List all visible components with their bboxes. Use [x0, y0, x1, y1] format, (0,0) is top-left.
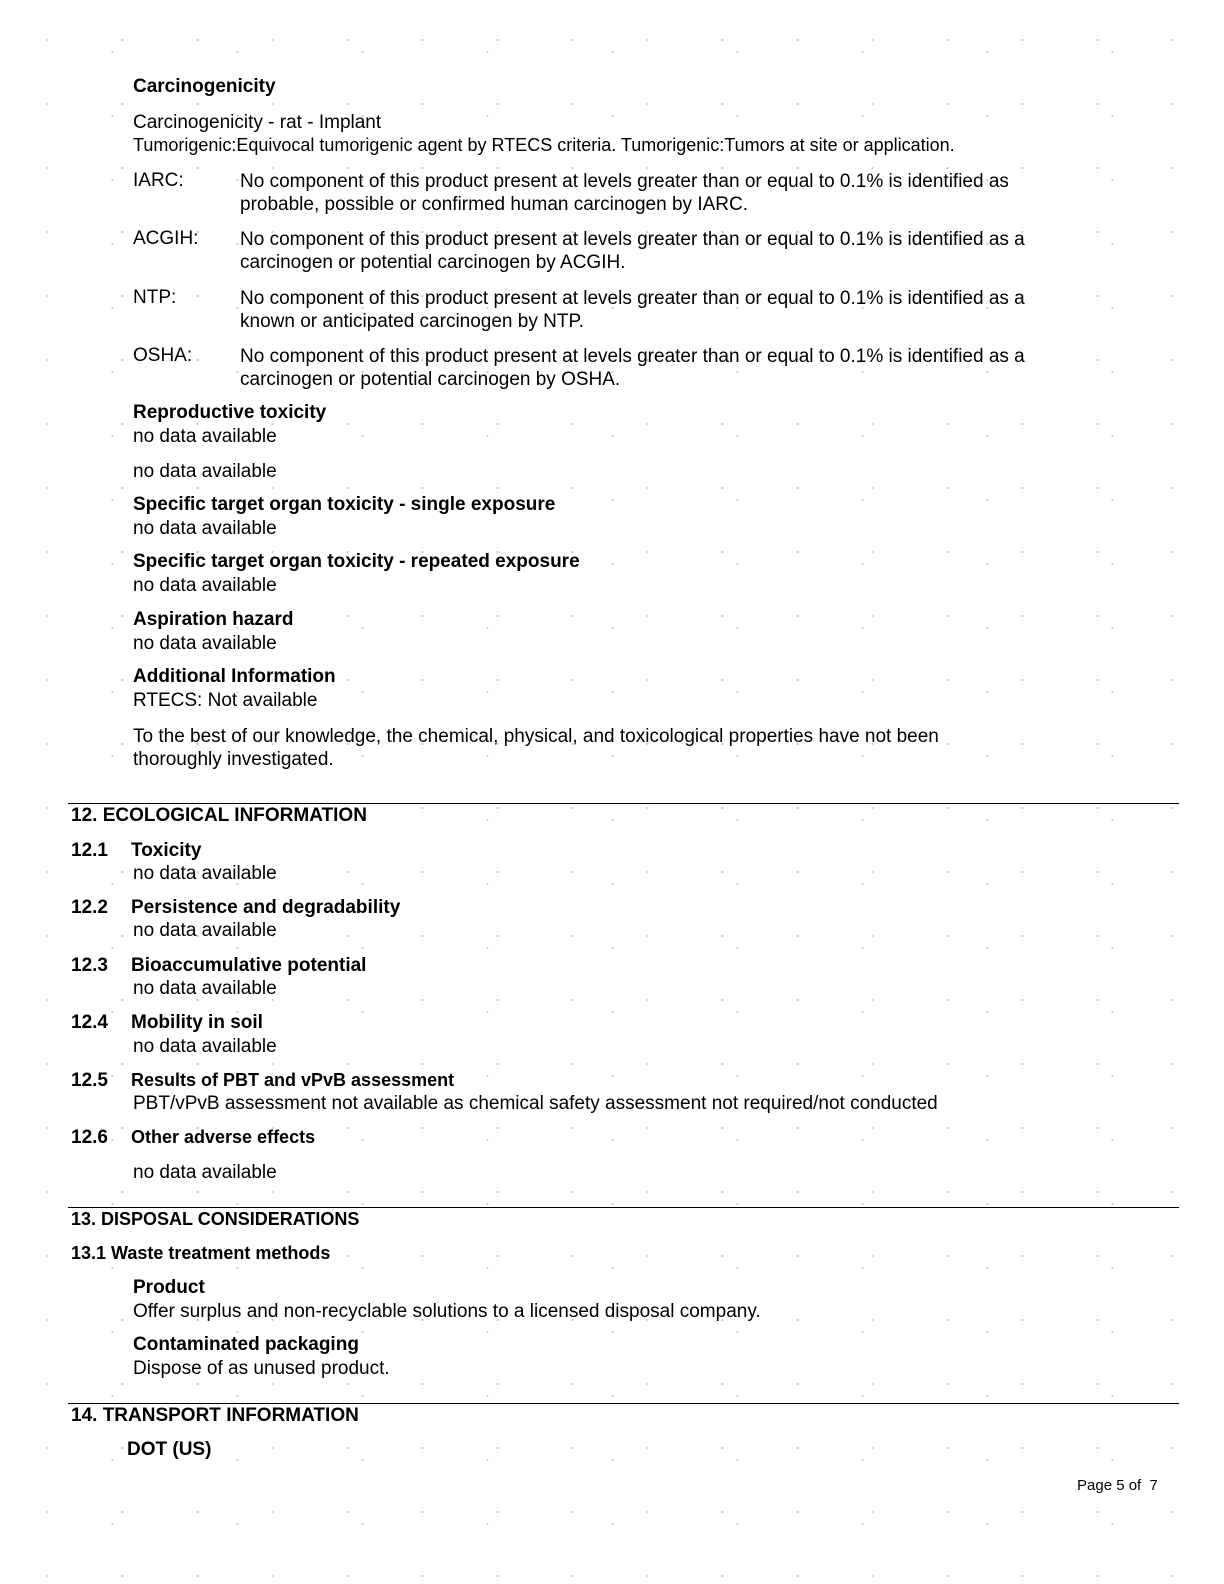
section-14-title: 14. TRANSPORT INFORMATION [71, 1405, 359, 1427]
section-12-3-text: no data available [133, 978, 277, 1000]
section-12-1-text: no data available [133, 863, 277, 885]
page-number: Page 5 of 7 [1077, 1477, 1158, 1494]
iarc-label: IARC: [133, 170, 184, 192]
acgih-label: ACGIH: [133, 228, 198, 250]
section-14-divider [68, 1403, 1179, 1404]
section-12-2-text: no data available [133, 920, 277, 942]
osha-label: OSHA: [133, 345, 192, 367]
section-12-4-number: 12.4 [71, 1012, 108, 1034]
section-12-divider [68, 803, 1179, 804]
section-13-1-subtitle: 13.1 Waste treatment methods [71, 1243, 330, 1264]
section-12-3-number: 12.3 [71, 955, 108, 977]
reproductive-toxicity-text: no data available [133, 426, 277, 448]
section-12-2-number: 12.2 [71, 897, 108, 919]
rtecs-text: RTECS: Not available [133, 690, 317, 712]
section-12-5-heading: Results of PBT and vPvB assessment [131, 1070, 454, 1091]
section-12-2-heading: Persistence and degradability [131, 897, 400, 919]
section-12-3-heading: Bioaccumulative potential [131, 955, 366, 977]
carcinogenicity-study: Carcinogenicity - rat - Implant [133, 112, 381, 134]
stot-single-heading: Specific target organ toxicity - single … [133, 494, 555, 516]
section-12-6-number: 12.6 [71, 1127, 108, 1149]
stot-repeated-heading: Specific target organ toxicity - repeate… [133, 551, 580, 573]
carcinogenicity-heading: Carcinogenicity [133, 76, 276, 98]
section-12-1-heading: Toxicity [131, 840, 201, 862]
section-12-title: 12. ECOLOGICAL INFORMATION [71, 805, 367, 827]
sds-page: Carcinogenicity Carcinogenicity - rat - … [0, 0, 1224, 1584]
section-12-6-text: no data available [133, 1162, 277, 1184]
reproductive-toxicity-heading: Reproductive toxicity [133, 402, 326, 424]
ntp-statement: No component of this product present at … [240, 287, 1052, 333]
reproductive-toxicity-text-2: no data available [133, 461, 277, 483]
section-12-5-number: 12.5 [71, 1070, 108, 1092]
aspiration-hazard-heading: Aspiration hazard [133, 609, 293, 631]
stot-repeated-text: no data available [133, 575, 277, 597]
section-13-divider [68, 1207, 1179, 1208]
section-13-title: 13. DISPOSAL CONSIDERATIONS [71, 1209, 359, 1230]
iarc-statement: No component of this product present at … [240, 170, 1030, 216]
investigation-note: To the best of our knowledge, the chemic… [133, 725, 993, 771]
contaminated-packaging-heading: Contaminated packaging [133, 1334, 359, 1356]
stot-single-text: no data available [133, 518, 277, 540]
section-12-5-text: PBT/vPvB assessment not available as che… [133, 1093, 938, 1115]
carcinogenicity-tumorigenic-note: Tumorigenic:Equivocal tumorigenic agent … [133, 135, 955, 156]
acgih-statement: No component of this product present at … [240, 228, 1052, 274]
product-disposal-text: Offer surplus and non-recyclable solutio… [133, 1301, 761, 1323]
additional-information-heading: Additional Information [133, 666, 336, 688]
section-12-4-text: no data available [133, 1036, 277, 1058]
osha-statement: No component of this product present at … [240, 345, 1052, 391]
section-12-4-heading: Mobility in soil [131, 1012, 263, 1034]
section-12-1-number: 12.1 [71, 840, 108, 862]
section-12-6-heading: Other adverse effects [131, 1127, 315, 1148]
product-heading: Product [133, 1277, 205, 1299]
dot-us-heading: DOT (US) [127, 1439, 211, 1461]
ntp-label: NTP: [133, 287, 176, 309]
contaminated-packaging-text: Dispose of as unused product. [133, 1358, 390, 1380]
aspiration-hazard-text: no data available [133, 633, 277, 655]
